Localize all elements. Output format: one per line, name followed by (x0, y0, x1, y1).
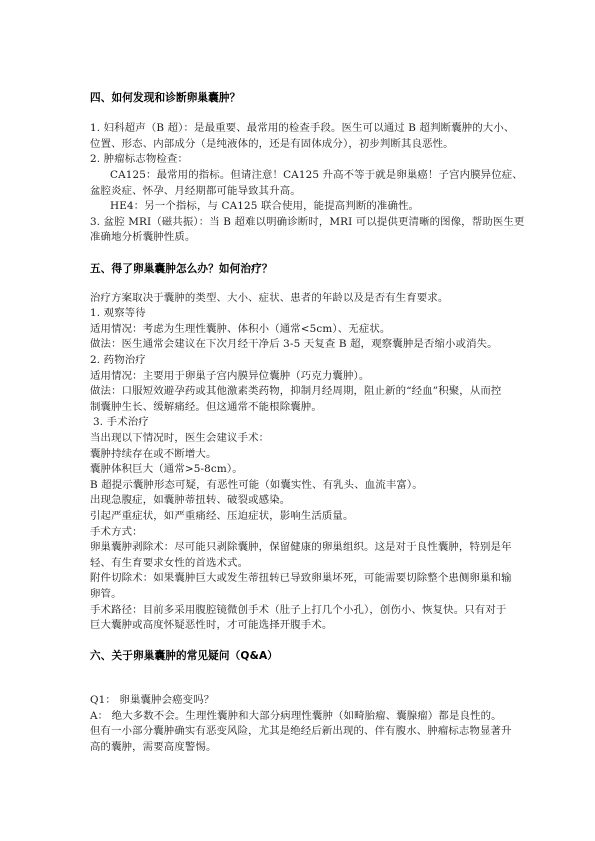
faq-answer-line: 高的囊肿，需要高度警惕。 (90, 740, 217, 754)
section-heading-diagnosis: 四、如何发现和诊断卵巢囊肿？ (90, 91, 240, 105)
paragraph-line: 位置、形态、内部成分（是纯液体的，还是有固体成分），初步判断其良恶性。 (90, 137, 454, 151)
paragraph-line: 当出现以下情况时，医生会建议手术： (90, 431, 269, 445)
paragraph-line: HE4：另一个指标，与 CA125 联合使用，能提高判断的准确性。 (110, 199, 419, 213)
paragraph-line: 适用情况：考虑为生理性囊肿、体积小（通常<5cm）、无症状。 (90, 322, 390, 336)
paragraph-line: 3. 盆腔 MRI（磁共振）：当 B 超难以明确诊断时，MRI 可以提供更清晰的… (90, 215, 524, 229)
paragraph-line: 囊肿持续存在或不断增大。 (90, 447, 217, 461)
faq-question: Q1： 卵巢囊肿会癌变吗？ (90, 693, 214, 707)
paragraph-line: 2. 药物治疗 (90, 353, 146, 367)
paragraph-line: 囊肿体积巨大（通常>5-8cm）。 (90, 462, 243, 476)
paragraph-line: 卵管。 (90, 587, 122, 601)
paragraph-line: 2. 肿瘤标志物检查： (90, 152, 188, 166)
paragraph-line: CA125：最常用的指标。但请注意！CA125 升高不等于就是卵巢癌！子宫内膜异… (110, 168, 523, 182)
paragraph-line: 手术方式： (90, 525, 143, 539)
paragraph-line: B 超提示囊肿形态可疑，有恶性可能（如囊实性、有乳头、血流丰富）。 (90, 478, 423, 492)
paragraph-line: 巨大囊肿或高度怀疑恶性时，才可能选择开腹手术。 (90, 618, 332, 632)
paragraph-line: 做法：医生通常会建议在下次月经干净后 3-5 天复查 B 超，观察囊肿是否缩小或… (90, 337, 498, 351)
paragraph-line: 引起严重症状，如严重痛经、压迫症状，影响生活质量。 (90, 509, 354, 523)
document-page: 四、如何发现和诊断卵巢囊肿？ 1. 妇科超声（B 超）：是最重要、最常用的检查手… (0, 0, 595, 841)
faq-answer: A： 绝大多数不会。生理性囊肿和大部分病理性囊肿（如畸胎瘤、囊腺瘤）都是良性的。 (90, 709, 502, 723)
paragraph-line: 盆腔炎症、怀孕、月经期都可能导致其升高。 (90, 184, 301, 198)
faq-answer-line: 但有一小部分囊肿确实有恶变风险，尤其是绝经后新出现的、伴有腹水、肿瘤标志物显著升 (90, 724, 512, 738)
paragraph-line: 适用情况：主要用于卵巢子宫内膜异位囊肿（巧克力囊肿）。 (90, 369, 369, 383)
paragraph-line: 制囊肿生长、缓解痛经。但这通常不能根除囊肿。 (90, 400, 322, 414)
paragraph-line: 卵巢囊肿剥除术：尽可能只剥除囊肿，保留健康的卵巢组织。这是对于良性囊肿，特别是年 (90, 540, 512, 554)
paragraph-line: 准确地分析囊肿性质。 (90, 230, 195, 244)
paragraph-line: 手术路径：目前多采用腹腔镜微创手术（肚子上打几个小孔），创伤小、恢复快。只有对于 (90, 603, 506, 617)
paragraph-line: 出现急腹症，如囊肿蒂扭转、破裂或感染。 (90, 493, 290, 507)
paragraph-line: 1. 妇科超声（B 超）：是最重要、最常用的检查手段。医生可以通过 B 超判断囊… (90, 121, 514, 135)
paragraph-line: 治疗方案取决于囊肿的类型、大小、症状、患者的年龄以及是否有生育要求。 (90, 291, 448, 305)
paragraph-line: 3. 手术治疗 (93, 415, 149, 429)
section-heading-treatment: 五、得了卵巢囊肿怎么办？如何治疗？ (90, 262, 273, 276)
section-heading-faq: 六、关于卵巢囊肿的常见疑问（Q&A） (90, 649, 278, 663)
paragraph-line: 轻、有生育要求女性的首选术式。 (90, 556, 248, 570)
paragraph-line: 1. 观察等待 (90, 306, 146, 320)
paragraph-line: 做法：口服短效避孕药或其他激素类药物，抑制月经周期，阻止新的“经血”积聚，从而控 (90, 384, 501, 398)
paragraph-line: 附件切除术：如果囊肿巨大或发生蒂扭转已导致卵巢坏死，可能需要切除整个患侧卵巢和输 (90, 571, 512, 585)
